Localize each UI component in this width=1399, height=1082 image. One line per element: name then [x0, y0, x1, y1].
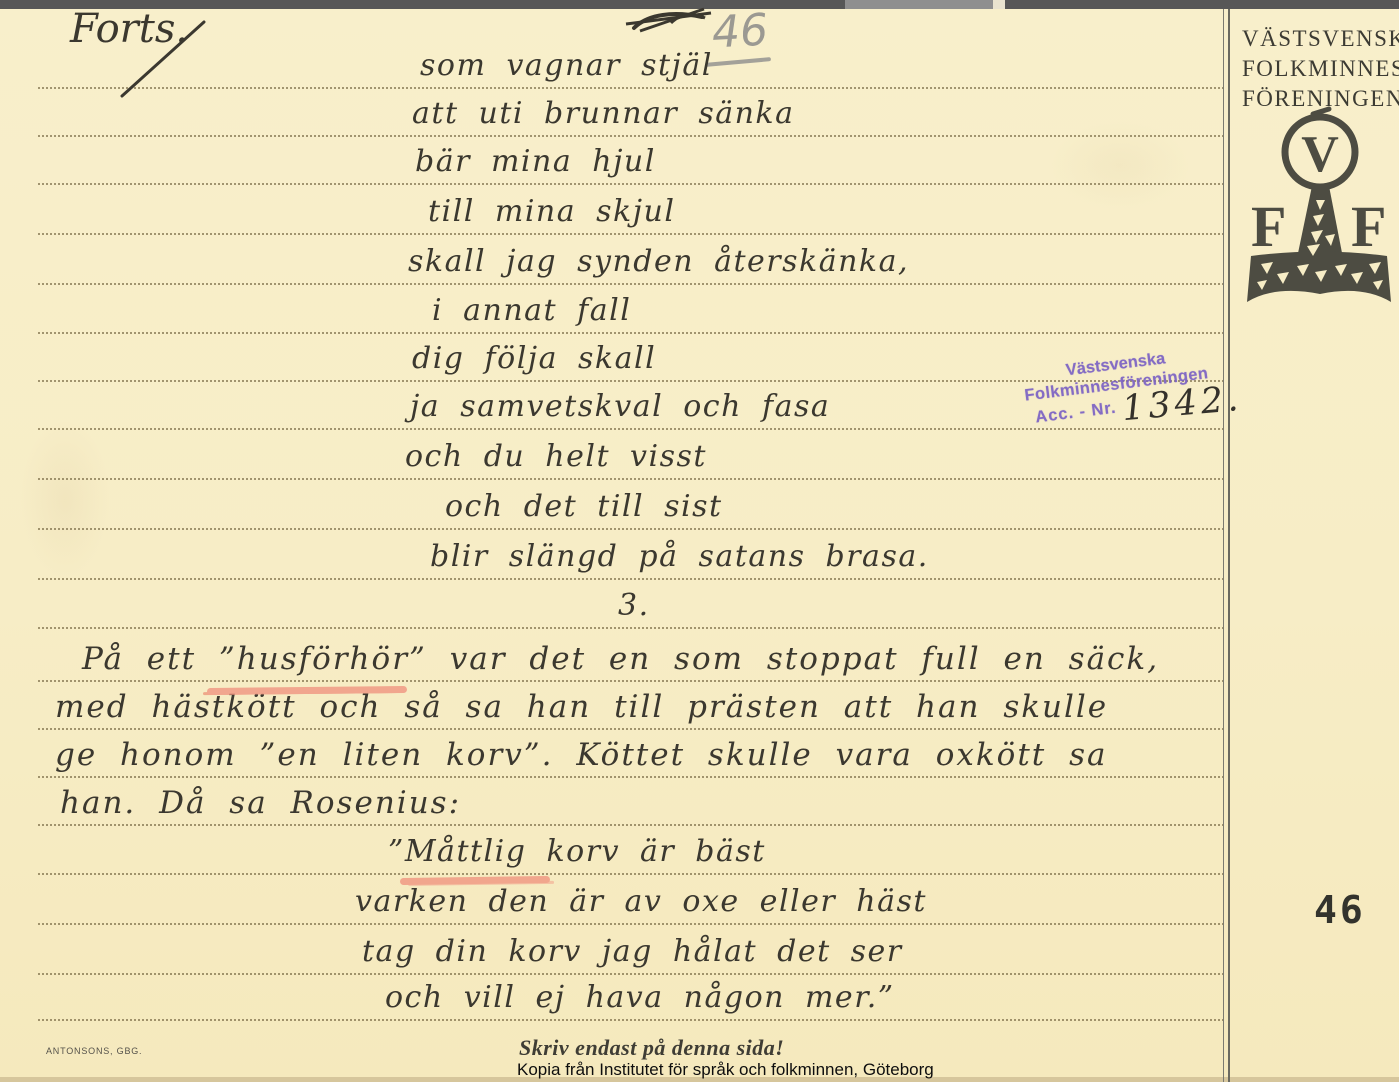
svg-text:V: V: [1301, 126, 1339, 183]
manuscript-line: till mina skjul: [428, 189, 675, 235]
manuscript-line: och vill ej hava någon mer.”: [385, 975, 895, 1021]
manuscript-line: varken den är av oxe eller häst: [355, 879, 927, 925]
scan-caption: Kopia från Institutet för språk och folk…: [517, 1060, 934, 1080]
manuscript-line: och det till sist: [445, 484, 723, 530]
pencil-page-number: 46: [711, 5, 770, 59]
paper-stain: [1050, 120, 1190, 210]
manuscript-line: På ett ”husförhör” var det en som stoppa…: [82, 636, 1159, 682]
svg-text:F: F: [1251, 194, 1286, 259]
manuscript-line: skall jag synden återskänka,: [408, 239, 909, 285]
manuscript-line: han. Då sa Rosenius:: [60, 780, 461, 826]
margin-double-rule: [1228, 9, 1230, 1082]
forts-slash-stroke: [116, 16, 211, 101]
org-line: VÄSTSVENSKA: [1242, 24, 1399, 54]
manuscript-line: i annat fall: [432, 288, 631, 334]
manuscript-line: ja samvetskval och fasa: [410, 384, 830, 430]
manuscript-line: bär mina hjul: [415, 139, 656, 185]
paper-stain: [20, 420, 110, 580]
pencil-underline: [705, 57, 771, 67]
manuscript-line: dig följa skall: [412, 336, 656, 382]
organisation-name: VÄSTSVENSKA FOLKMINNES- FÖRENINGEN: [1242, 24, 1399, 114]
manuscript-line: ge honom ”en liten korv”. Köttet skulle …: [55, 732, 1108, 778]
manuscript-line: som vagnar stjäl: [420, 43, 713, 89]
printer-mark: ANTONSONS, GBG.: [46, 1046, 142, 1056]
manuscript-line: blir slängd på satans brasa.: [430, 534, 929, 580]
scan-top-bar-gap: [993, 0, 1005, 9]
org-line: FOLKMINNES-: [1242, 54, 1399, 84]
thors-hammer-logo-icon: VFF Thor's hammer emblem V F F: [1243, 104, 1393, 324]
crossed-out-number: illegible crossed-out numeral: [616, 2, 721, 38]
manuscript-line: ”Måttlig korv är bäst: [388, 829, 766, 875]
manuscript-page: Forts. illegible crossed-out numeral 46 …: [0, 0, 1399, 1082]
scan-top-bar-highlight: [845, 0, 993, 9]
stamped-page-number: 46: [1314, 888, 1366, 932]
section-number: 3.: [618, 583, 650, 629]
manuscript-line: att uti brunnar sänka: [412, 91, 794, 137]
margin-double-rule: [1223, 9, 1224, 1082]
write-instruction: Skriv endast på denna sida!: [519, 1035, 784, 1061]
svg-text:F: F: [1351, 194, 1386, 259]
manuscript-line: tag din korv jag hålat det ser: [362, 929, 903, 975]
manuscript-line: och du helt visst: [405, 434, 707, 480]
